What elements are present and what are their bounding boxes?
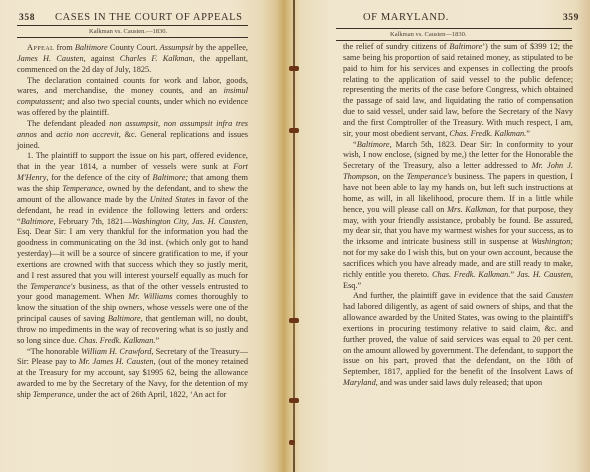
- italic-text: Mr. Williams: [128, 292, 172, 301]
- italic-text: Temperance's: [407, 172, 452, 181]
- italic-text: Chas. Fredk. Kalkman.: [432, 270, 510, 279]
- text: , Esq. Dear Sir: I am very thankful for …: [17, 217, 248, 291]
- italic-text: Washington;: [531, 237, 573, 246]
- italic-text: Causten: [546, 291, 573, 300]
- text: , and was under said laws duly released;…: [376, 378, 542, 387]
- italic-text: Temperance: [62, 184, 102, 193]
- binding-stitch: [289, 66, 299, 71]
- running-title: CASES IN THE COURT OF APPEALS: [55, 12, 243, 23]
- text: , under the act of 26th April, 1822, ‘An…: [73, 390, 226, 399]
- text: , for the defence of the city of: [46, 173, 152, 182]
- page-number: 359: [563, 13, 579, 23]
- italic-text: Maryland: [343, 378, 376, 387]
- italic-text: James H. Causten: [17, 54, 84, 63]
- case-header: Kalkman vs. Causten.—1830.: [89, 28, 167, 35]
- text: ’) the sum of $399 12; the same being hi…: [343, 42, 573, 138]
- left-page: 358 CASES IN THE COURT OF APPEALS Kalkma…: [14, 0, 246, 472]
- text: by the appellee,: [193, 43, 248, 52]
- text: and: [37, 130, 56, 139]
- italic-text: Baltimore: [75, 43, 108, 52]
- case-header: Kalkman vs. Causten—1830.: [390, 31, 467, 38]
- text: The declaration contained counts for wor…: [17, 76, 248, 96]
- italic-text: Baltimore: [449, 42, 482, 51]
- italic-text: Washington City, Jas. H. Causten: [132, 217, 246, 226]
- italic-text: Chas. Fredk. Kalkman.: [449, 129, 526, 138]
- italic-text: Temperance's: [30, 282, 75, 291]
- italic-text: United States: [150, 195, 195, 204]
- text: , on the: [378, 172, 407, 181]
- text: had labored diligently, as agent of said…: [343, 302, 573, 376]
- italic-text: Baltimore: [108, 314, 141, 323]
- paragraph: “The honorable William H. Crawford, Secr…: [17, 347, 248, 401]
- italic-text: Baltimore: [21, 217, 54, 226]
- italic-text: Chas. Fredk. Kalkman.: [79, 336, 156, 345]
- right-page-body: the relief of sundry citizens of Baltimo…: [343, 42, 573, 389]
- text: And further, the plaintiff gave in evide…: [353, 291, 546, 300]
- text: ”: [526, 129, 530, 138]
- paragraph: 1. The plaintiff to support the issue on…: [17, 151, 248, 346]
- left-page-body: Appeal from Baltimore County Court. Assu…: [17, 43, 248, 401]
- italic-text: Mrs. Kalkman: [447, 205, 495, 214]
- italic-text: Charles F. Kalkman: [120, 54, 193, 63]
- header-rule-top: [336, 28, 572, 29]
- header-rule-bottom: [336, 40, 572, 41]
- text: the relief of sundry citizens of: [343, 42, 449, 51]
- text: ”: [155, 336, 159, 345]
- italic-text: non assumpsit: [109, 119, 158, 128]
- binding-stitch: [289, 128, 299, 133]
- paragraph: And further, the plaintiff gave in evide…: [343, 291, 573, 389]
- paragraph: The declaration contained counts for wor…: [17, 76, 248, 119]
- text: “The honorable: [27, 347, 81, 356]
- paragraph: The defendant pleaded non assumpsit, non…: [17, 119, 248, 152]
- left-page-header: 358 CASES IN THE COURT OF APPEALS: [14, 0, 246, 22]
- italic-text: William H. Crawford: [81, 347, 151, 356]
- italic-text: Baltimore;: [153, 173, 189, 182]
- smallcaps-text: Appeal: [27, 43, 54, 52]
- right-page-header: OF MARYLAND. 359: [340, 0, 576, 22]
- italic-text: Assumpsit: [160, 43, 194, 52]
- italic-text: Mr. James H. Causten: [79, 357, 154, 366]
- header-rule-top: [17, 25, 248, 26]
- binding-stitch: [289, 398, 299, 403]
- right-page: OF MARYLAND. 359 Kalkman vs. Causten—183…: [340, 0, 576, 472]
- paragraph: Appeal from Baltimore County Court. Assu…: [17, 43, 248, 76]
- paragraph: “Baltimore, March 5th, 1823. Dear Sir: I…: [343, 140, 573, 292]
- text: County Court.: [108, 43, 160, 52]
- italic-text: Baltimore: [357, 140, 390, 149]
- italic-text: Temperance: [33, 390, 73, 399]
- text: , against: [84, 54, 120, 63]
- header-rule-bottom: [17, 37, 248, 38]
- binding-stitch: [289, 440, 295, 445]
- paragraph: the relief of sundry citizens of Baltimo…: [343, 42, 573, 140]
- text: , February 7th, 1821—: [54, 217, 132, 226]
- text: The defendant pleaded: [27, 119, 109, 128]
- text: from: [54, 43, 74, 52]
- italic-text: Jas. H. Causten: [517, 270, 571, 279]
- italic-text: actio non accrevit: [56, 130, 119, 139]
- page-number: 358: [19, 13, 35, 23]
- text: 1. The plaintiff to support the issue on…: [17, 151, 248, 171]
- running-title: OF MARYLAND.: [363, 12, 449, 23]
- binding-stitch: [289, 318, 299, 323]
- book-spread: 358 CASES IN THE COURT OF APPEALS Kalkma…: [0, 0, 590, 472]
